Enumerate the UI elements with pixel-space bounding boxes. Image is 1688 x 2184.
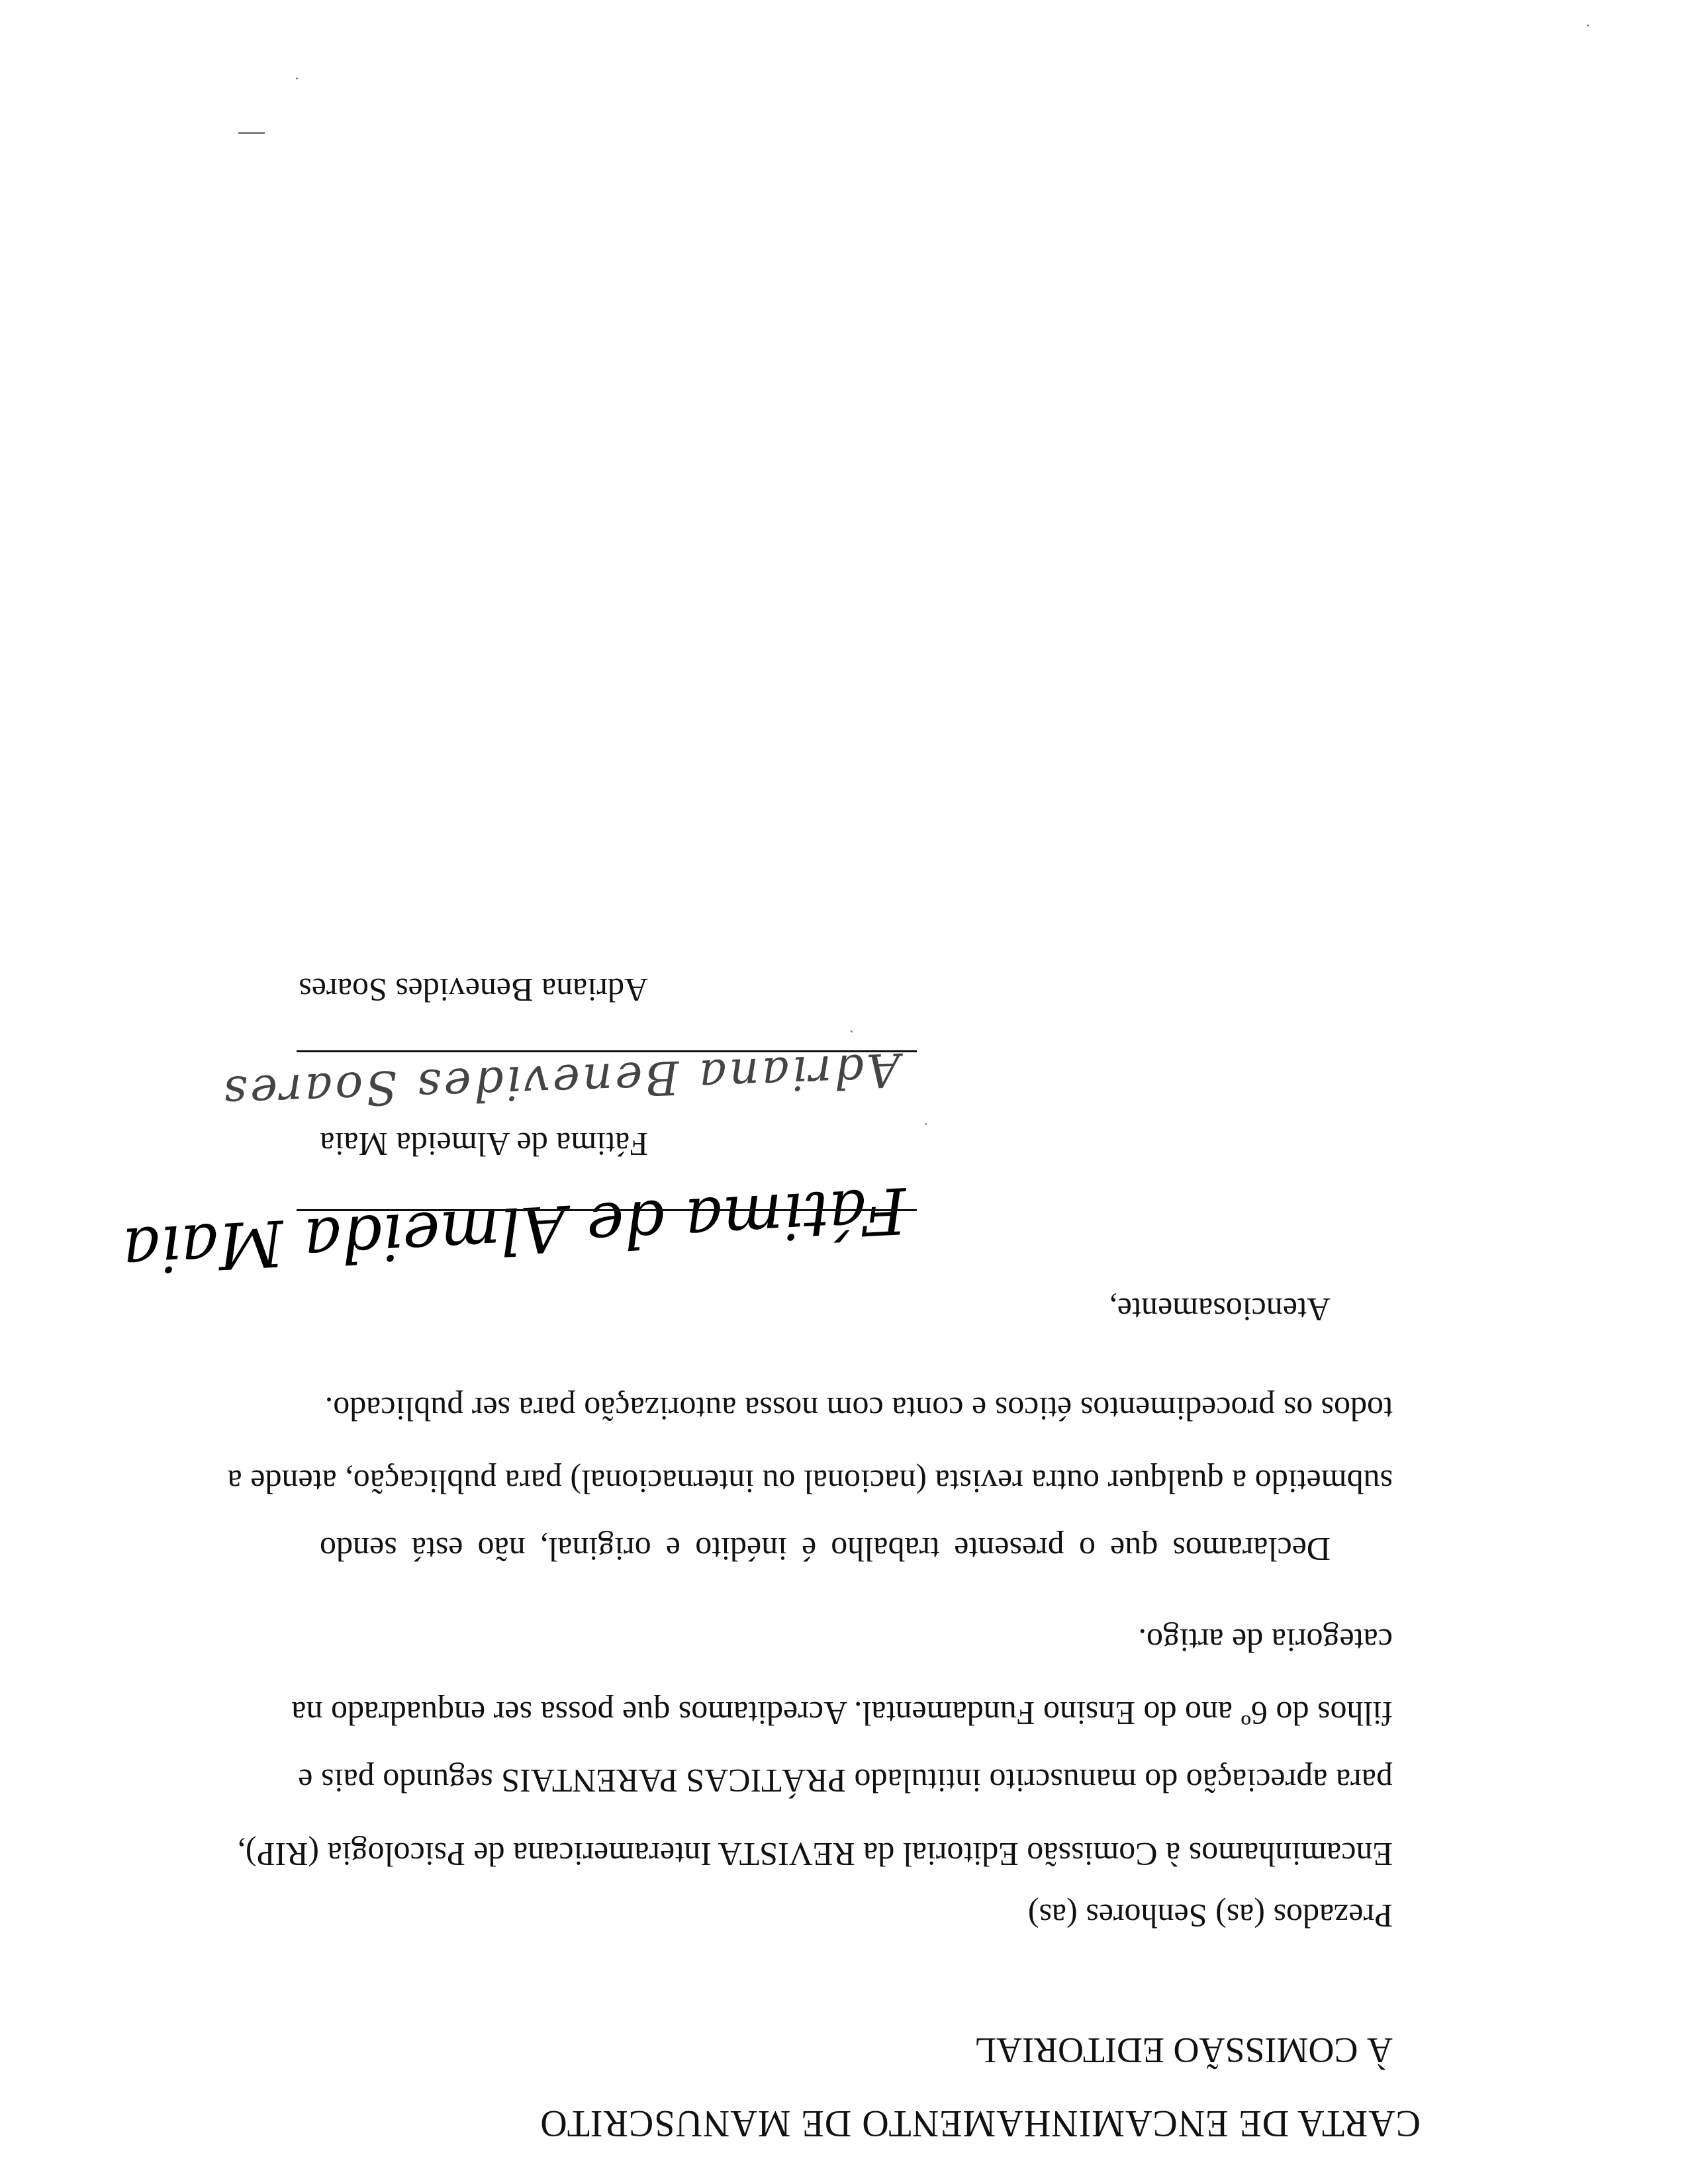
- scanned-letter-page: CARTA DE ENCAMINHAMENTO DE MANUSCRITO À …: [0, 0, 1688, 2184]
- scan-artifact-dash: [238, 132, 265, 134]
- paragraph2-line: submetido a qualquer outra revista (naci…: [320, 1462, 1393, 1502]
- paragraph1-line: Encaminhamos à Comissão Editorial da REV…: [320, 1835, 1393, 1874]
- handwritten-signature: Fátima de Almeida Maia: [120, 1173, 908, 1288]
- scan-speck: [296, 77, 298, 79]
- addressee: À COMISSÃO EDITORIAL: [974, 2030, 1393, 2070]
- paragraph2-line: Declaramos que o presente trabalho é iné…: [320, 1529, 1331, 1569]
- paragraph1-line: categoria de artigo.: [1138, 1621, 1393, 1661]
- signature-line: [297, 1209, 917, 1211]
- signature-line: [297, 1050, 917, 1052]
- paragraph2-line: todos os procedimentos éticos e conta co…: [325, 1389, 1393, 1429]
- closing: Atenciosamente,: [1109, 1290, 1331, 1330]
- scan-speck: [925, 1123, 927, 1125]
- paragraph1-line: para apreciação do manuscrito intitulado…: [320, 1761, 1393, 1801]
- scan-speck: [1587, 24, 1589, 26]
- signatory-name: Adriana Benevides Soares: [299, 970, 648, 1010]
- signatory-name: Fátima de Almeida Maia: [320, 1124, 648, 1164]
- document-title: CARTA DE ENCAMINHAMENTO DE MANUSCRITO: [539, 2103, 1421, 2143]
- scan-speck: [796, 1398, 798, 1400]
- handwritten-signature: Adriana Benevides Soares: [220, 1042, 902, 1120]
- scan-speck: [851, 1030, 853, 1032]
- salutation: Prezados (as) Senhores (as): [1028, 1896, 1393, 1936]
- paragraph1-line: filhos do 6º ano do Ensino Fundamental. …: [320, 1694, 1393, 1733]
